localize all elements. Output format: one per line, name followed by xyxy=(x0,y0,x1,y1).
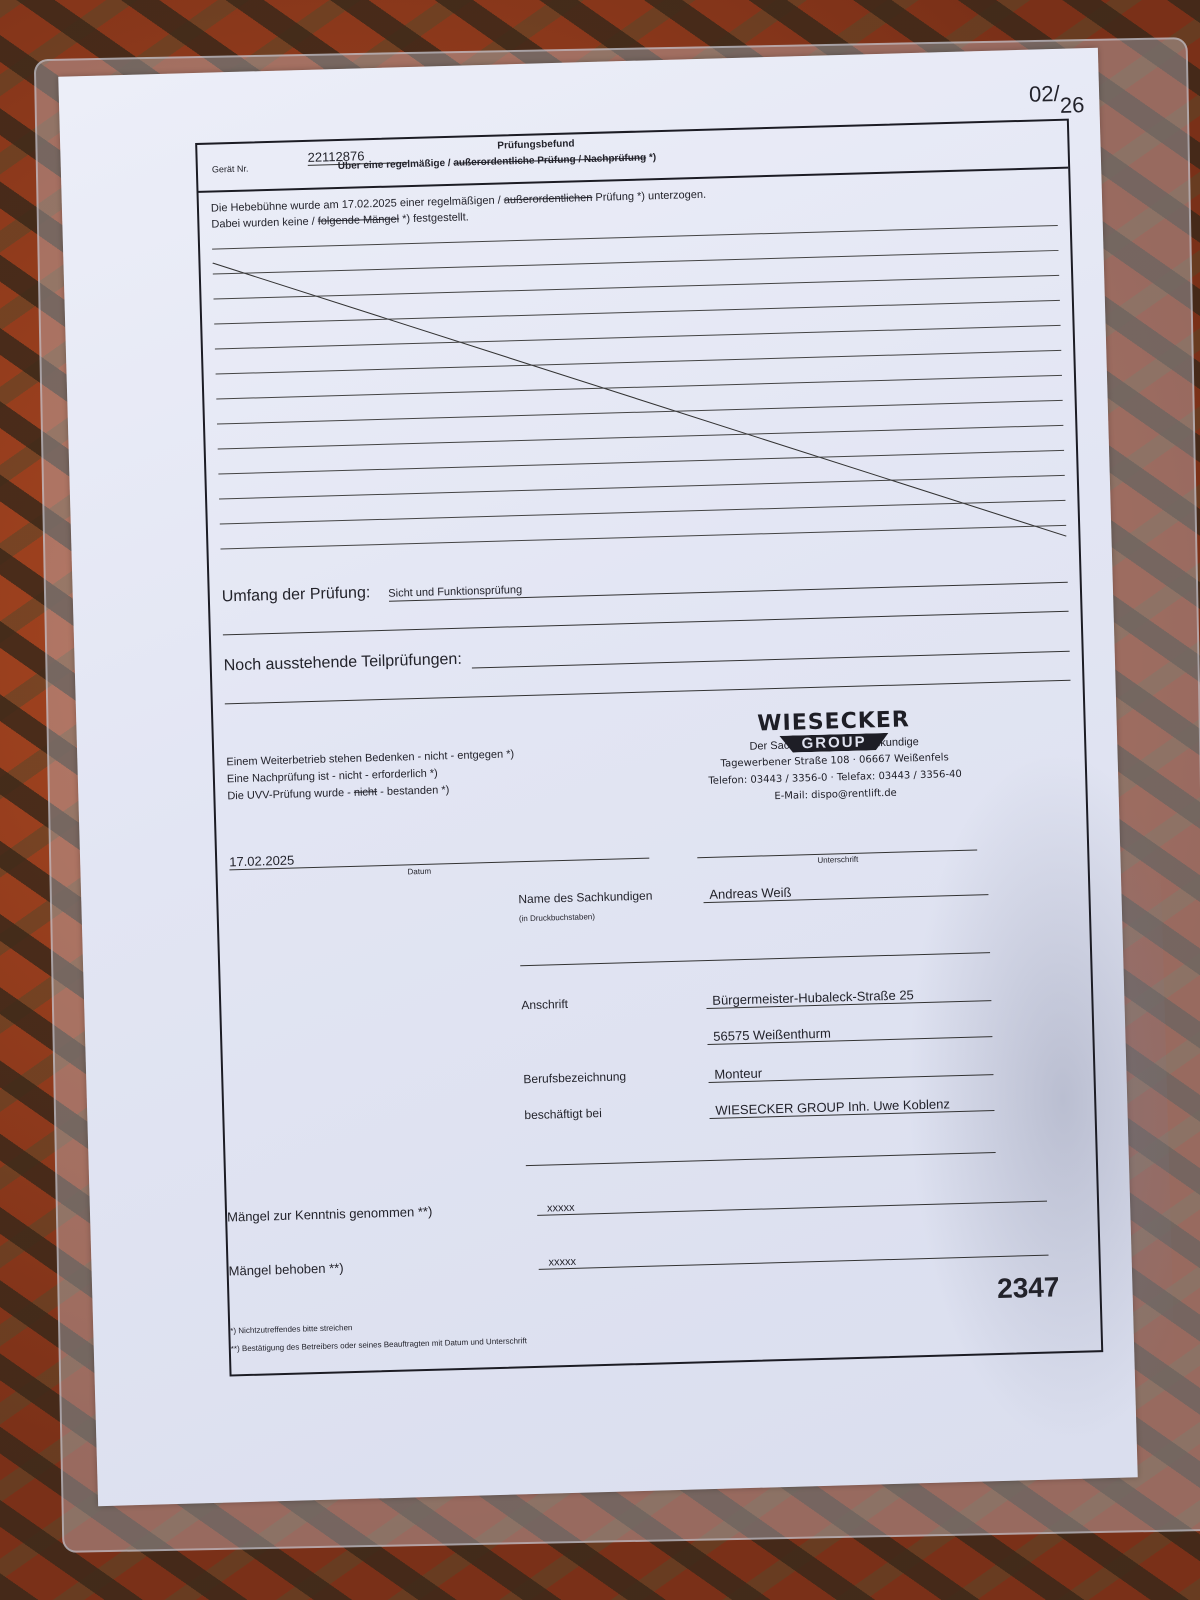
profession-row: Berufsbezeichnung Monteur xyxy=(523,1055,993,1088)
blank-line xyxy=(223,599,1069,636)
subtitle-suffix: *) xyxy=(646,152,656,163)
profession-label: Berufsbezeichnung xyxy=(523,1069,626,1086)
intro-1c: Prüfung *) unterzogen. xyxy=(592,189,706,204)
stamp-email: E-Mail: dispo@rentlift.de xyxy=(705,785,965,805)
address-label: Anschrift xyxy=(521,997,568,1012)
name-value: Andreas Weiß xyxy=(703,879,988,903)
intro-2a: Dabei wurden keine / xyxy=(211,216,318,231)
cross-out-stroke xyxy=(212,213,1067,566)
device-number-label: Gerät Nr. xyxy=(212,164,249,175)
defects-acknowledged-value: xxxxx xyxy=(537,1189,1047,1216)
defects-acknowledged-label: Mängel zur Kenntnis genommen **) xyxy=(227,1204,433,1225)
page-current: 02 xyxy=(1029,81,1054,107)
decl-3b: nicht xyxy=(354,786,378,799)
defects-lines xyxy=(212,213,1067,566)
subtitle-struck: außerordentliche Prüfung / Nachprüfung xyxy=(453,152,646,168)
date-field: 17.02.2025 xyxy=(229,843,649,871)
profession-value: Monteur xyxy=(708,1059,993,1083)
pending-row: Noch ausstehende Teilprüfungen: xyxy=(224,634,1070,676)
blank-line xyxy=(526,1152,996,1166)
subtitle-prefix: Über eine regelmäßige / xyxy=(338,158,454,172)
signature-caption: Unterschrift xyxy=(817,855,858,865)
pending-value xyxy=(472,637,1070,669)
company-stamp: WIESECKER GROUP Der Sachverständige/Sach… xyxy=(703,706,965,805)
pending-label: Noch ausstehende Teilprüfungen: xyxy=(224,651,463,676)
form-number: 2347 xyxy=(997,1271,1060,1305)
blank-line xyxy=(520,952,990,966)
employer-label: beschäftigt bei xyxy=(524,1106,602,1122)
footnote-2: **) Bestätigung des Betreibers oder sein… xyxy=(231,1336,527,1353)
declarations: Einem Weiterbetrieb stehen Bedenken - ni… xyxy=(226,746,515,805)
blank-line xyxy=(224,668,1070,705)
page-total: 26 xyxy=(1060,92,1085,118)
blank-row xyxy=(520,933,990,966)
address-line-2: 56575 Weißenthurm xyxy=(707,1021,992,1045)
inspection-form-page: Gerät Nr. 22112876 Prüfungsbefund Über e… xyxy=(58,48,1138,1506)
intro-2c: *) festgestellt. xyxy=(399,211,469,225)
employer-value: WIESECKER GROUP Inh. Uwe Koblenz xyxy=(709,1095,994,1119)
defects-fixed-label: Mängel behoben **) xyxy=(228,1260,343,1278)
scope-value: Sicht und Funktionsprüfung xyxy=(388,569,1068,602)
name-label: Name des Sachkundigen xyxy=(518,889,652,907)
intro-2b: folgende Mängel xyxy=(318,213,400,227)
date-caption: Datum xyxy=(407,867,431,877)
defects-fixed-value: xxxxx xyxy=(538,1243,1048,1270)
blank-row xyxy=(525,1133,995,1166)
address-row-2: 56575 Weißenthurm xyxy=(522,1017,992,1050)
decl-3c: - bestanden *) xyxy=(377,784,449,798)
address-line-1: Bürgermeister-Hubaleck-Straße 25 xyxy=(706,985,991,1009)
defects-acknowledged-row: Mängel zur Kenntnis genommen **) xxxxx xyxy=(227,1182,1047,1225)
scope-label: Umfang der Prüfung: xyxy=(222,584,371,606)
form-title: Prüfungsbefund xyxy=(497,138,574,151)
scope-row: Umfang der Prüfung: Sicht und Funktionsp… xyxy=(222,565,1068,607)
stamp-brand: WIESECKER xyxy=(703,706,964,738)
page-number: 02/26 xyxy=(1029,80,1085,108)
name-row: Name des Sachkundigen Andreas Weiß xyxy=(518,875,988,908)
stamp-group: GROUP xyxy=(779,733,888,753)
name-hint: (in Druckbuchstaben) xyxy=(519,912,595,923)
defects-fixed-row: Mängel behoben **) xxxxx xyxy=(228,1236,1048,1279)
decl-3a: Die UVV-Prüfung wurde - xyxy=(227,787,354,803)
footnote-1: *) Nichtzutreffendes bitte streichen xyxy=(230,1323,352,1335)
employer-row: beschäftigt bei WIESECKER GROUP Inh. Uwe… xyxy=(524,1091,994,1124)
address-row-1: Anschrift Bürgermeister-Hubaleck-Straße … xyxy=(521,981,991,1014)
form-frame: Gerät Nr. 22112876 Prüfungsbefund Über e… xyxy=(195,119,1103,1377)
intro-1b: außerordentlichen xyxy=(504,192,593,206)
